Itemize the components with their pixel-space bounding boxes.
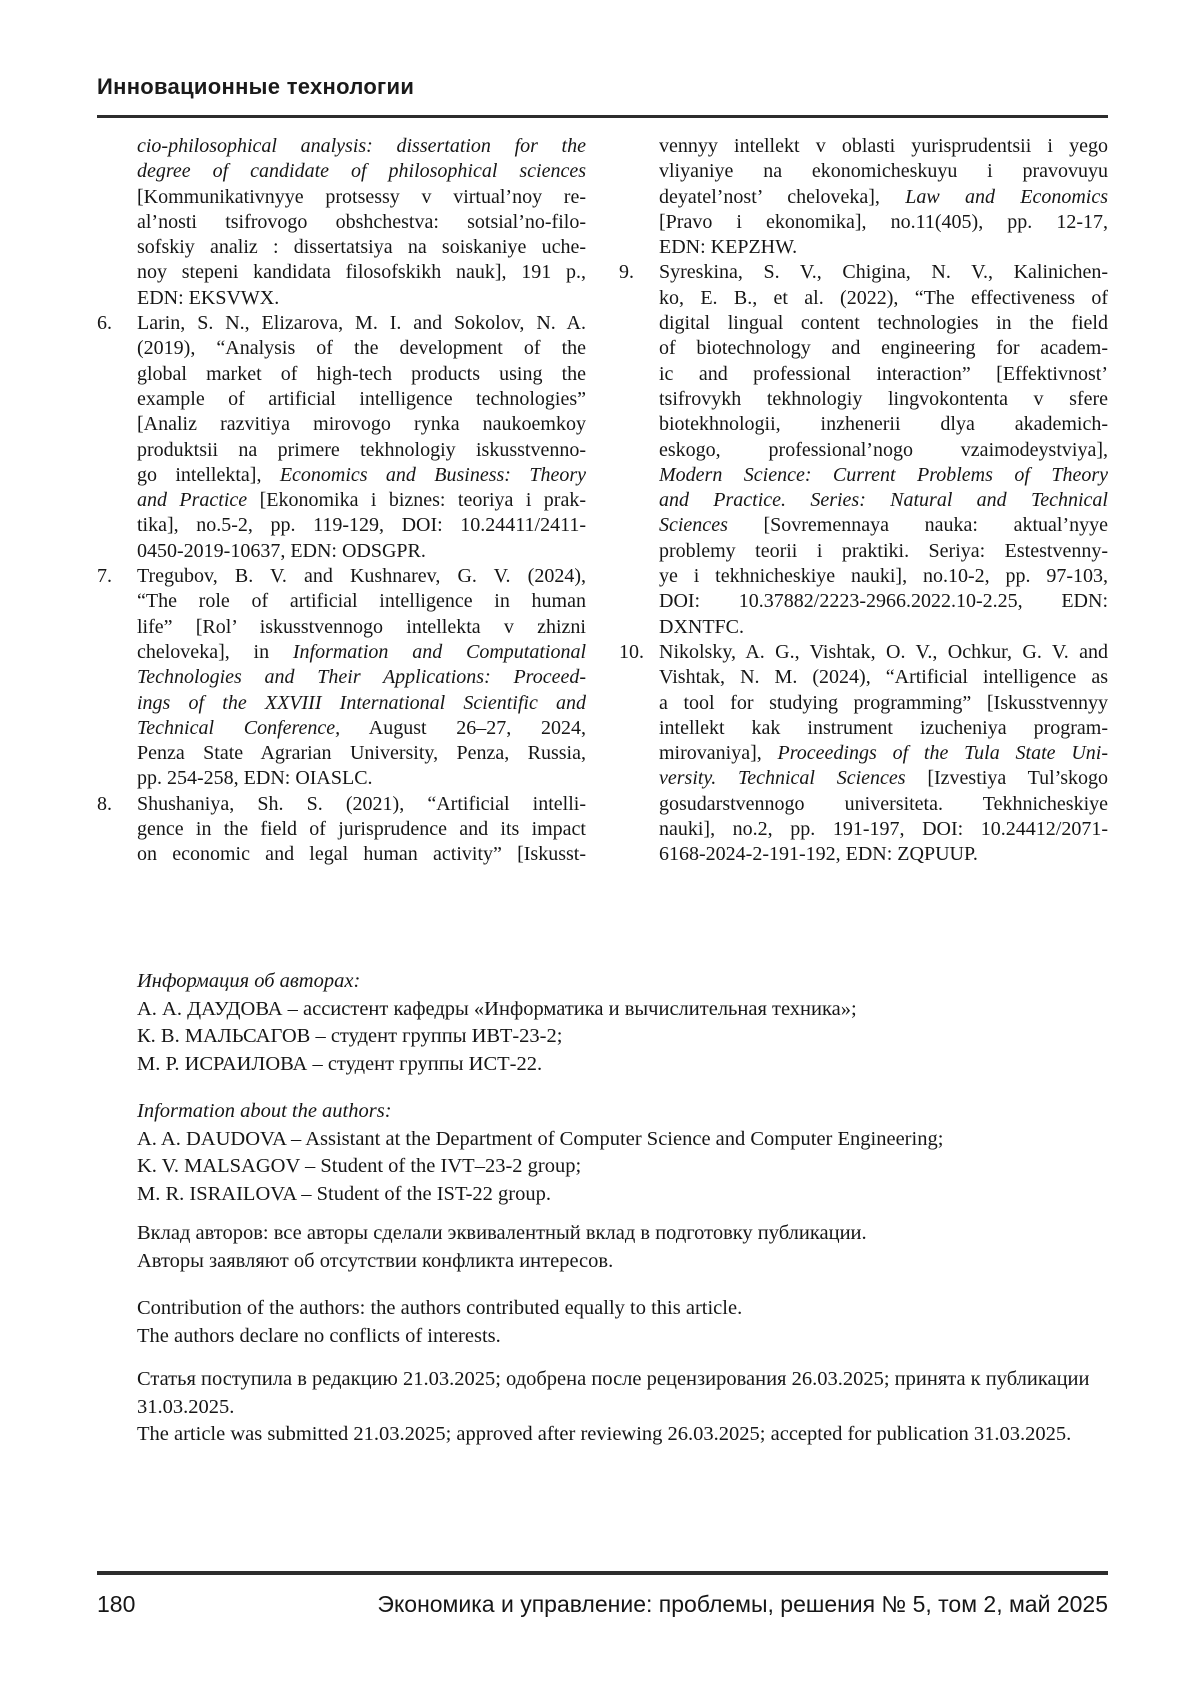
reference-segment: on economic and legal human activity” [I… [137,843,586,865]
journal-title: Экономика и управление: проблемы, решени… [377,1591,1108,1618]
reference-text: Shushaniya, Sh. S. (2021), “Artificial i… [137,792,586,868]
authors-info-en-heading: Information about the authors: [137,1098,1108,1126]
reference-text: Nikolsky, A. G., Vishtak, O. V., Ochkur,… [659,640,1108,868]
reference-segment: “The role of artificial intelligence in … [137,590,586,612]
contribution-line: Авторы заявляют об отсутствии конфликта … [137,1248,1108,1276]
authors-info-ru: Информация об авторах: А. А. ДАУДОВА – а… [137,968,1108,1078]
reference-segment: Tregubov, B. V. and Kushnarev, G. V. (20… [137,565,586,587]
reference-italic-segment: Technical Conference, [137,717,340,739]
reference-line: tsifrovykh tekhnologiy lingvokontenta v … [659,387,1108,412]
author-line: К. В. МАЛЬСАГОВ – студент группы ИВТ-23-… [137,1023,1108,1051]
references-column-1: cio-philosophical analysis: dissertation… [97,134,586,868]
reference-text: vennyy intellekt v oblasti yurisprudents… [659,134,1108,260]
reference-segment: Larin, S. N., Elizarova, M. I. and Sokol… [137,312,586,334]
reference-item: 6.Larin, S. N., Elizarova, M. I. and Sok… [97,311,586,564]
reference-line: life” [Rol’ iskusstvennogo intellekta v … [137,615,586,640]
contribution-line: The authors declare no conflicts of inte… [137,1323,1108,1351]
reference-segment: digital lingual content technologies in … [659,312,1108,334]
reference-segment: problemy teorii i praktiki. Seriya: Este… [659,540,1108,562]
reference-segment: tsifrovykh tekhnologiy lingvokontenta v … [659,388,1108,410]
reference-line: on economic and legal human activity” [I… [137,842,586,867]
reference-italic-segment: Law and Economics [905,186,1108,208]
reference-item: 9.Syreskina, S. V., Chigina, N. V., Kali… [619,260,1108,639]
reference-line: ings of the XXVIII International Scienti… [137,691,586,716]
references: cio-philosophical analysis: dissertation… [97,134,1108,868]
reference-italic-segment: Information and Computational [293,641,586,663]
reference-segment: [Ekonomika i biznes: teoriya i prak- [260,489,586,511]
reference-line: produktsii na primere tekhnologiy iskuss… [137,438,586,463]
reference-segment: DOI: 10.37882/2223-2966.2022.10-2.25, ED… [659,590,1108,612]
reference-line: ko, E. B., et al. (2022), “The effective… [659,286,1108,311]
reference-text: Larin, S. N., Elizarova, M. I. and Sokol… [137,311,586,564]
reference-segment: example of artificial intelligence techn… [137,388,586,410]
reference-line: ic and professional interaction” [Effekt… [659,362,1108,387]
reference-line: a tool for studying programming” [Iskuss… [659,691,1108,716]
reference-line: EDN: EKSVWX. [137,286,586,311]
reference-line: cheloveka], in Information and Computati… [137,640,586,665]
reference-italic-segment: and Practice [137,489,260,511]
reference-line: mirovaniya], Proceedings of the Tula Sta… [659,741,1108,766]
reference-segment: pp. 254-258, EDN: OIASLC. [137,767,373,789]
section-title: Инновационные технологии [97,74,414,100]
reference-segment: life” [Rol’ iskusstvennogo intellekta v … [137,616,586,638]
reference-italic-segment: Economics and Business: Theory [280,464,586,486]
reference-line: (2019), “Analysis of the development of … [137,336,586,361]
reference-segment: Syreskina, S. V., Chigina, N. V., Kalini… [659,261,1108,283]
reference-segment: al’nosti tsifrovogo obshchestva: sotsial… [137,211,586,233]
reference-segment: global market of high-tech products usin… [137,363,586,385]
reference-segment: mirovaniya], [659,742,778,764]
reference-segment: [Kommunikativnyye protsessy v virtual’no… [137,186,586,208]
reference-segment: EDN: KEPZHW. [659,236,797,258]
reference-text: cio-philosophical analysis: dissertation… [137,134,586,311]
reference-line: Shushaniya, Sh. S. (2021), “Artificial i… [137,792,586,817]
reference-segment: ko, E. B., et al. (2022), “The effective… [659,287,1108,309]
author-line: M. R. ISRAILOVA – Student of the IST-22 … [137,1181,1108,1209]
authors-info-ru-heading: Информация об авторах: [137,968,1108,996]
author-line: А. А. ДАУДОВА – ассистент кафедры «Инфор… [137,996,1108,1024]
reference-segment: gosudarstvennogo universiteta. Tekhniche… [659,793,1108,815]
reference-line: gence in the field of jurisprudence and … [137,817,586,842]
reference-segment: of biotechnology and engineering for aca… [659,337,1108,359]
reference-segment: Nikolsky, A. G., Vishtak, O. V., Ochkur,… [659,641,1108,663]
journal-page: Инновационные технологии cio-philosophic… [0,0,1200,1698]
reference-italic-segment: Technologies and Their Applications: Pro… [137,666,586,688]
reference-segment: deyatel’nost’ cheloveka], [659,186,905,208]
reference-text: Syreskina, S. V., Chigina, N. V., Kalini… [659,260,1108,639]
reference-line: nauki], no.2, pp. 191-197, DOI: 10.24412… [659,817,1108,842]
submission-dates: Статья поступила в редакцию 21.03.2025; … [137,1366,1108,1449]
reference-segment: [Izvestiya Tul’skogo [927,767,1108,789]
reference-line: Penza State Agrarian University, Penza, … [137,741,586,766]
reference-line: deyatel’nost’ cheloveka], Law and Econom… [659,185,1108,210]
reference-segment: biotekhnologii, inzhenerii dlya akademic… [659,413,1108,435]
reference-segment: ye i tekhnicheskiye nauki], no.10-2, pp.… [659,565,1108,587]
reference-item: 8.Shushaniya, Sh. S. (2021), “Artificial… [97,792,586,868]
reference-line: DXNTFC. [659,615,1108,640]
reference-number [97,134,137,311]
reference-line: intellekt kak instrument izucheniya prog… [659,716,1108,741]
reference-line: EDN: KEPZHW. [659,235,1108,260]
reference-segment: 0450-2019-10637, EDN: ODSGPR. [137,540,426,562]
reference-line: [Pravo i ekonomika], no.11(405), pp. 12-… [659,210,1108,235]
reference-number: 7. [97,564,137,792]
reference-segment: [Sovremennaya nauka: aktual’nyye [763,514,1108,536]
reference-number: 8. [97,792,137,868]
reference-item: 7.Tregubov, B. V. and Kushnarev, G. V. (… [97,564,586,792]
author-line: A. A. DAUDOVA – Assistant at the Departm… [137,1126,1108,1154]
reference-line: global market of high-tech products usin… [137,362,586,387]
reference-line: noy stepeni kandidata filosofskikh nauk]… [137,260,586,285]
reference-line: degree of candidate of philosophical sci… [137,159,586,184]
submission-dates-ru: Статья поступила в редакцию 21.03.2025; … [137,1366,1108,1421]
footer-rule [97,1571,1108,1575]
author-line: K. V. MALSAGOV – Student of the IVT–23-2… [137,1153,1108,1181]
reference-segment: intellekt kak instrument izucheniya prog… [659,717,1108,739]
reference-number: 10. [619,640,659,868]
reference-segment: sofskiy analiz : dissertatsiya na soiska… [137,236,586,258]
reference-line: [Analiz razvitiya mirovogo rynka naukoem… [137,412,586,437]
references-column-2: vennyy intellekt v oblasti yurisprudents… [619,134,1108,868]
reference-segment: (2019), “Analysis of the development of … [137,337,586,359]
reference-segment: DXNTFC. [659,616,744,638]
reference-line: biotekhnologii, inzhenerii dlya akademic… [659,412,1108,437]
reference-segment: cheloveka], in [137,641,293,663]
reference-line: and Practice [Ekonomika i biznes: teoriy… [137,488,586,513]
reference-item: vennyy intellekt v oblasti yurisprudents… [619,134,1108,260]
reference-line: Technologies and Their Applications: Pro… [137,665,586,690]
reference-line: Modern Science: Current Problems of Theo… [659,463,1108,488]
reference-line: versity. Technical Sciences [Izvestiya T… [659,766,1108,791]
reference-segment: [Pravo i ekonomika], no.11(405), pp. 12-… [659,211,1108,233]
reference-segment: [Analiz razvitiya mirovogo rynka naukoem… [137,413,586,435]
reference-line: Syreskina, S. V., Chigina, N. V., Kalini… [659,260,1108,285]
reference-segment: EDN: EKSVWX. [137,287,279,309]
reference-italic-segment: ings of the XXVIII International Scienti… [137,692,586,714]
reference-line: of biotechnology and engineering for aca… [659,336,1108,361]
reference-italic-segment: and Practice. Series: Natural and Techni… [659,489,1108,511]
reference-segment: vliyaniye na ekonomicheskuyu i pravovuyu [659,160,1108,182]
reference-line: gosudarstvennogo universiteta. Tekhniche… [659,792,1108,817]
reference-line: pp. 254-258, EDN: OIASLC. [137,766,586,791]
reference-italic-segment: Modern Science: Current Problems of Theo… [659,464,1108,486]
reference-number: 9. [619,260,659,639]
reference-line: 6168-2024-2-191-192, EDN: ZQPUUP. [659,842,1108,867]
reference-line: digital lingual content technologies in … [659,311,1108,336]
reference-segment: a tool for studying programming” [Iskuss… [659,692,1108,714]
reference-line: Nikolsky, A. G., Vishtak, O. V., Ochkur,… [659,640,1108,665]
reference-line: Sciences [Sovremennaya nauka: aktual’nyy… [659,513,1108,538]
reference-line: problemy teorii i praktiki. Seriya: Este… [659,539,1108,564]
authors-info-en: Information about the authors: A. A. DAU… [137,1098,1108,1208]
reference-line: Vishtak, N. M. (2024), “Artificial intel… [659,665,1108,690]
reference-segment: August 26–27, 2024, [340,717,586,739]
reference-segment: produktsii na primere tekhnologiy iskuss… [137,439,586,461]
reference-segment: vennyy intellekt v oblasti yurisprudents… [659,135,1108,157]
reference-line: “The role of artificial intelligence in … [137,589,586,614]
contribution-line: Contribution of the authors: the authors… [137,1295,1108,1323]
reference-italic-segment: Proceedings of the Tula State Uni- [778,742,1108,764]
reference-item: cio-philosophical analysis: dissertation… [97,134,586,311]
reference-segment: Vishtak, N. M. (2024), “Artificial intel… [659,666,1108,688]
reference-segment: Shushaniya, Sh. S. (2021), “Artificial i… [137,793,586,815]
reference-line: go intellekta], Economics and Business: … [137,463,586,488]
reference-line: 0450-2019-10637, EDN: ODSGPR. [137,539,586,564]
reference-line: tika], no.5-2, pp. 119-129, DOI: 10.2441… [137,513,586,538]
reference-line: vliyaniye na ekonomicheskuyu i pravovuyu [659,159,1108,184]
backmatter: Информация об авторах: А. А. ДАУДОВА – а… [137,968,1108,1449]
reference-line: vennyy intellekt v oblasti yurisprudents… [659,134,1108,159]
footer: 180 Экономика и управление: проблемы, ре… [97,1591,1108,1618]
reference-number [619,134,659,260]
reference-line: DOI: 10.37882/2223-2966.2022.10-2.25, ED… [659,589,1108,614]
reference-line: sofskiy analiz : dissertatsiya na soiska… [137,235,586,260]
reference-line: Tregubov, B. V. and Kushnarev, G. V. (20… [137,564,586,589]
reference-line: ye i tekhnicheskiye nauki], no.10-2, pp.… [659,564,1108,589]
reference-line: Technical Conference, August 26–27, 2024… [137,716,586,741]
reference-segment: noy stepeni kandidata filosofskikh nauk]… [137,261,586,283]
page-number: 180 [97,1591,135,1618]
contribution-line: Вклад авторов: все авторы сделали эквива… [137,1220,1108,1248]
reference-number: 6. [97,311,137,564]
header-rule [97,115,1108,118]
submission-dates-en: The article was submitted 21.03.2025; ap… [137,1421,1108,1449]
reference-line: and Practice. Series: Natural and Techni… [659,488,1108,513]
author-line: М. Р. ИСРАИЛОВА – студент группы ИСТ-22. [137,1051,1108,1079]
reference-segment: eskogo, professional’nogo vzaimodeystviy… [659,439,1108,461]
contribution-ru: Вклад авторов: все авторы сделали эквива… [137,1220,1108,1275]
reference-line: cio-philosophical analysis: dissertation… [137,134,586,159]
reference-item: 10.Nikolsky, A. G., Vishtak, O. V., Ochk… [619,640,1108,868]
reference-italic-segment: versity. Technical Sciences [659,767,927,789]
reference-segment: go intellekta], [137,464,280,486]
reference-italic-segment: degree of candidate of philosophical sci… [137,160,586,182]
reference-line: example of artificial intelligence techn… [137,387,586,412]
reference-segment: gence in the field of jurisprudence and … [137,818,586,840]
reference-segment: Penza State Agrarian University, Penza, … [137,742,586,764]
reference-line: Larin, S. N., Elizarova, M. I. and Sokol… [137,311,586,336]
reference-segment: tika], no.5-2, pp. 119-129, DOI: 10.2441… [137,514,586,536]
reference-segment: nauki], no.2, pp. 191-197, DOI: 10.24412… [659,818,1108,840]
reference-line: [Kommunikativnyye protsessy v virtual’no… [137,185,586,210]
reference-segment: 6168-2024-2-191-192, EDN: ZQPUUP. [659,843,978,865]
reference-italic-segment: cio-philosophical analysis: dissertation… [137,135,586,157]
contribution-en: Contribution of the authors: the authors… [137,1295,1108,1350]
reference-segment: ic and professional interaction” [Effekt… [659,363,1108,385]
reference-text: Tregubov, B. V. and Kushnarev, G. V. (20… [137,564,586,792]
reference-italic-segment: Sciences [659,514,763,536]
reference-line: al’nosti tsifrovogo obshchestva: sotsial… [137,210,586,235]
reference-line: eskogo, professional’nogo vzaimodeystviy… [659,438,1108,463]
